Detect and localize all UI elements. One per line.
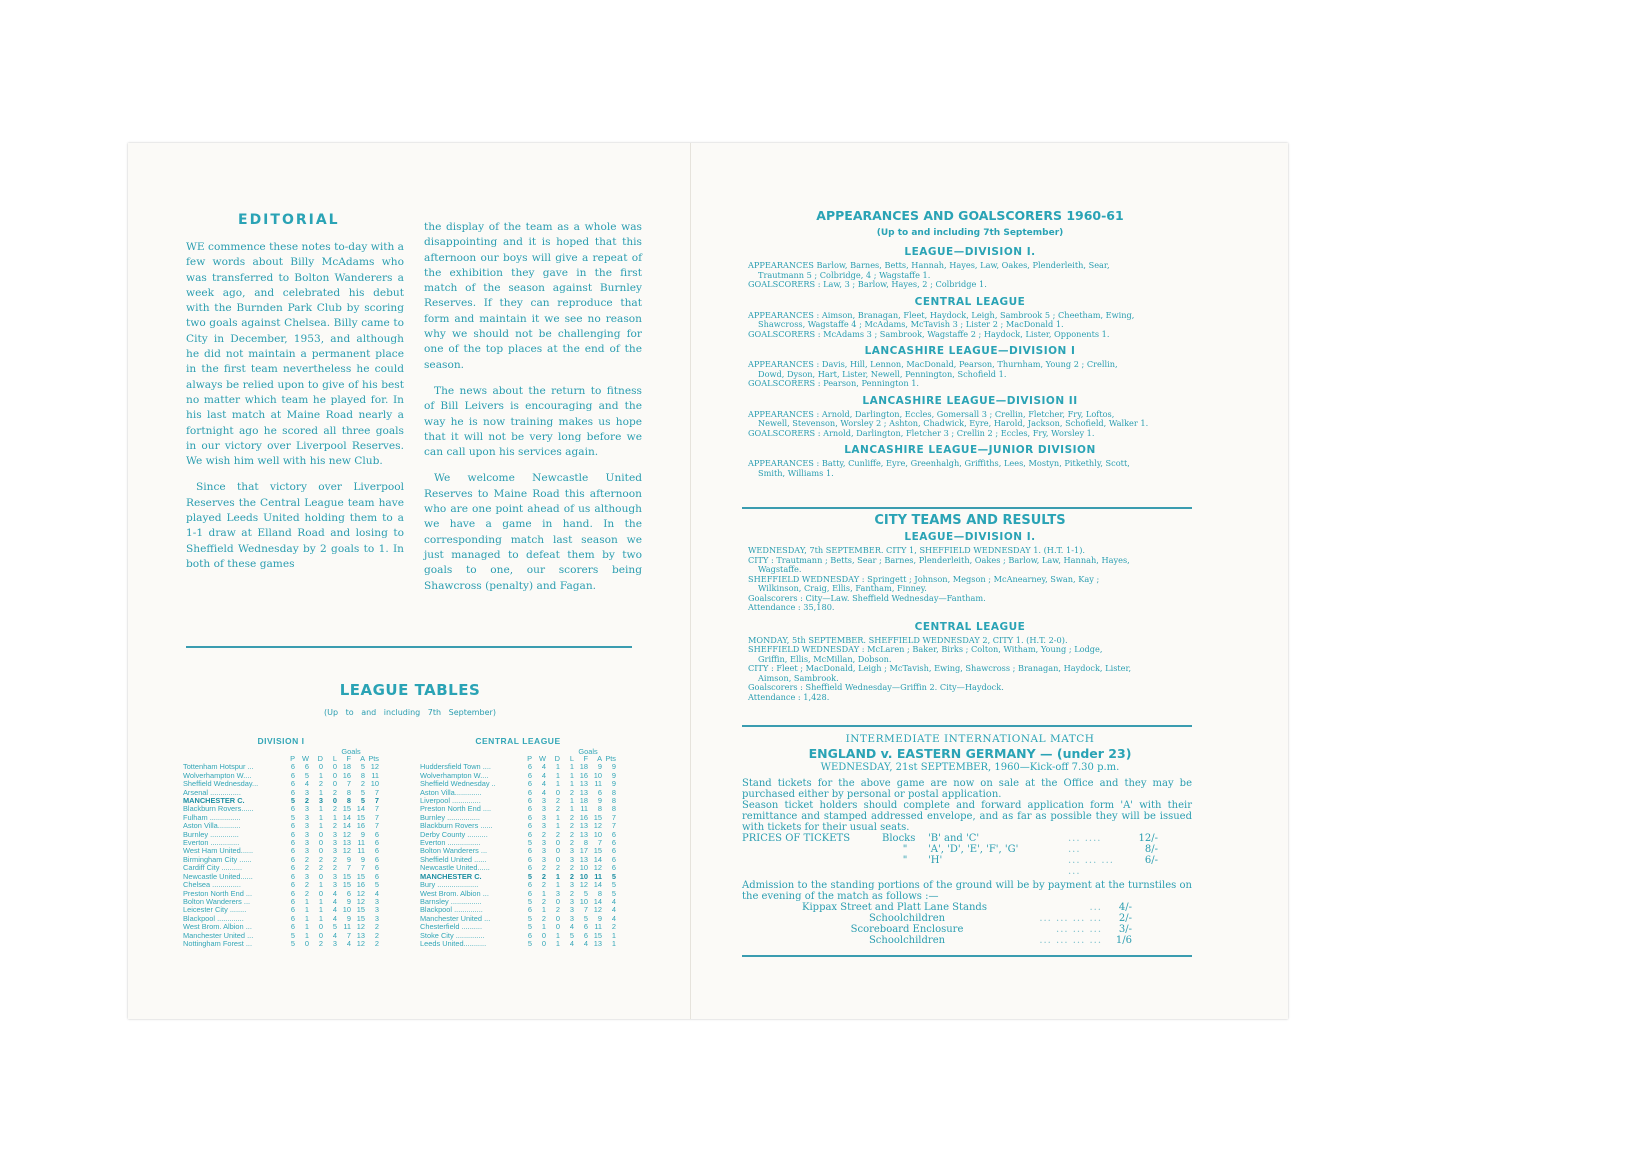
price-prefix: Blocks: [882, 833, 928, 844]
team-name: Bolton Wanderers ...: [420, 847, 518, 855]
team-name: MANCHESTER C.: [420, 873, 518, 881]
international-date: WEDNESDAY, 21st SEPTEMBER, 1960—Kick-off…: [740, 762, 1200, 773]
appearances-subtitle: (Up to and including 7th September): [740, 228, 1200, 238]
editorial-paragraph: WE commence these notes to-day with a fe…: [186, 240, 404, 469]
standings-table: GoalsPWDLFAPtsHuddersfield Town ....6411…: [420, 748, 616, 948]
stat-value: 3: [323, 940, 337, 948]
team-name: Wolverhampton W....: [183, 772, 281, 780]
text-line: Attendance : 35,180.: [748, 603, 1193, 612]
team-name: Barnsley ...............: [420, 898, 518, 906]
price-prefix: ": [882, 855, 928, 877]
section-heading: CENTRAL LEAGUE: [740, 621, 1200, 633]
spacer: [420, 755, 518, 763]
standing-price: 4/-: [1102, 902, 1132, 913]
team-name: Chesterfield ..........: [420, 923, 518, 931]
text-line: SHEFFIELD WEDNESDAY : McLaren ; Baker, B…: [748, 645, 1193, 654]
page-fold: [690, 143, 691, 1019]
price-dots: ...: [1068, 844, 1128, 855]
standing-price: 1/6: [1102, 935, 1132, 946]
ticket-paragraph: Season ticket holders should complete an…: [742, 800, 1192, 833]
section-heading: LANCASHIRE LEAGUE—DIVISION II: [740, 395, 1200, 407]
section-text: WEDNESDAY, 7th SEPTEMBER. CITY 1, SHEFFI…: [748, 546, 1193, 613]
price-dots: ... ....: [1068, 833, 1128, 844]
team-name: Blackburn Rovers......: [183, 805, 281, 813]
section-heading: LEAGUE—DIVISION I.: [740, 531, 1200, 543]
international-kicker: INTERMEDIATE INTERNATIONAL MATCH: [740, 733, 1200, 745]
price-blocks: 'A', 'D', 'E', 'F', 'G': [928, 844, 1068, 855]
text-line: Smith, Williams 1.: [748, 469, 1193, 478]
team-name: Huddersfield Town ....: [420, 763, 518, 771]
price-blocks: 'H': [928, 855, 1068, 877]
stat-value: 0: [295, 940, 309, 948]
ticket-info: Stand tickets for the above game are now…: [742, 778, 1192, 946]
stat-value: 4: [574, 940, 588, 948]
section-text: APPEARANCES : Arnold, Darlington, Eccles…: [748, 410, 1193, 439]
team-name: West Brom. Albion ...: [420, 890, 518, 898]
text-line: APPEARANCES : Batty, Cunliffe, Eyre, Gre…: [748, 459, 1193, 468]
team-name: Sheffield Wednesday ..: [420, 780, 518, 788]
team-name: Everton ................: [420, 839, 518, 847]
text-line: APPEARANCES Barlow, Barnes, Betts, Hanna…: [748, 261, 1193, 270]
team-name: Arsenal ...............: [183, 789, 281, 797]
prices-label: PRICES OF TICKETS: [742, 833, 882, 844]
section-text: APPEARANCES : Batty, Cunliffe, Eyre, Gre…: [748, 459, 1193, 478]
section-heading: CENTRAL LEAGUE: [740, 296, 1200, 308]
team-name: Sheffield United ......: [420, 856, 518, 864]
prices-list: PRICES OF TICKETSBlocks'B' and 'C'... ..…: [742, 833, 1192, 877]
stat-value: 5: [518, 940, 532, 948]
standing-dots: ... ... ... ...: [1012, 913, 1102, 924]
central-league-table: CENTRAL LEAGUE GoalsPWDLFAPtsHuddersfiel…: [420, 736, 616, 948]
team-name: Manchester United ...: [183, 932, 281, 940]
team-name: Newcastle United......: [420, 864, 518, 872]
text-line: GOALSCORERS : Pearson, Pennington 1.: [748, 379, 1193, 388]
team-name: Bury ....................: [420, 881, 518, 889]
divider-rule: [186, 646, 632, 648]
appearances-heading: APPEARANCES AND GOALSCORERS 1960-61: [740, 208, 1200, 223]
standings-table: GoalsPWDLFAPtsTottenham Hotspur ...66001…: [183, 748, 379, 948]
text-line: CITY : Fleet ; MacDonald, Leigh ; McTavi…: [748, 664, 1193, 673]
team-name: Sheffield Wednesday...: [183, 780, 281, 788]
standing-dots: ...: [1012, 902, 1102, 913]
text-line: Wagstaffe.: [748, 565, 1193, 574]
divider-rule: [742, 507, 1192, 509]
section-text: APPEARANCES : Aimson, Branagan, Fleet, H…: [748, 311, 1193, 340]
text-line: Shawcross, Wagstaffe 4 ; McAdams, McTavi…: [748, 320, 1193, 329]
team-name: Manchester United ...: [420, 915, 518, 923]
prices-label: [742, 855, 882, 877]
team-name: Preston North End ....: [420, 805, 518, 813]
text-line: Attendance : 1,428.: [748, 693, 1193, 702]
editorial-column-1: WE commence these notes to-day with a fe…: [186, 240, 404, 583]
team-name: Stoke City ..............: [420, 932, 518, 940]
stat-value: 2: [309, 940, 323, 948]
standing-row: Schoolchildren... ... ... ...2/-: [742, 913, 1192, 924]
text-line: WEDNESDAY, 7th SEPTEMBER. CITY 1, SHEFFI…: [748, 546, 1193, 555]
text-line: CITY : Trautmann ; Betts, Sear ; Barnes,…: [748, 556, 1193, 565]
standing-label: Scoreboard Enclosure: [802, 924, 1012, 935]
team-name: Aston Villa...........: [183, 822, 281, 830]
stat-value: 4: [337, 940, 351, 948]
team-name: Blackpool ..............: [420, 906, 518, 914]
team-name: Liverpool ..............: [420, 797, 518, 805]
division-1-table: DIVISION I GoalsPWDLFAPtsTottenham Hotsp…: [183, 736, 379, 948]
league-tables-subtitle: (Up to and including 7th September): [185, 708, 635, 717]
standing-price: 3/-: [1102, 924, 1132, 935]
standing-row: Schoolchildren... ... ... ...1/6: [742, 935, 1192, 946]
editorial-column-2: the display of the team as a whole was d…: [424, 220, 642, 605]
price-value: 6/-: [1128, 855, 1158, 877]
editorial-paragraph: The news about the return to fitness of …: [424, 384, 642, 460]
stat-value: 1: [602, 940, 616, 948]
team-name: Fulham ...............: [183, 814, 281, 822]
text-line: GOALSCORERS : Law, 3 ; Barlow, Hayes, 2 …: [748, 280, 1193, 289]
admission-paragraph: Admission to the standing portions of th…: [742, 880, 1192, 902]
team-name: Birmingham City ......: [183, 856, 281, 864]
team-name: Derby County ..........: [420, 831, 518, 839]
standing-label: Schoolchildren: [802, 913, 1012, 924]
stat-value: 13: [588, 940, 602, 948]
price-row: "'A', 'D', 'E', 'F', 'G'...8/-: [742, 844, 1192, 855]
results-heading: CITY TEAMS AND RESULTS: [740, 513, 1200, 528]
standing-prices-list: Kippax Street and Platt Lane Stands...4/…: [742, 902, 1192, 946]
price-row: "'H'... ... ... ...6/-: [742, 855, 1192, 877]
table-title: DIVISION I: [183, 736, 379, 746]
price-blocks: 'B' and 'C': [928, 833, 1068, 844]
price-value: 12/-: [1128, 833, 1158, 844]
divider-rule: [742, 955, 1192, 957]
section-text: APPEARANCES Barlow, Barnes, Betts, Hanna…: [748, 261, 1193, 290]
editorial-paragraph: We welcome Newcastle United Reserves to …: [424, 471, 642, 593]
spacer: [183, 755, 281, 763]
text-line: GOALSCORERS : McAdams 3 ; Sambrook, Wags…: [748, 330, 1193, 339]
editorial-heading: EDITORIAL: [238, 212, 340, 228]
team-name: Blackpool .............: [183, 915, 281, 923]
text-line: Wilkinson, Craig, Ellis, Fantham, Finney…: [748, 584, 1193, 593]
section-heading: LANCASHIRE LEAGUE—JUNIOR DIVISION: [740, 444, 1200, 456]
text-line: APPEARANCES : Davis, Hill, Lennon, MacDo…: [748, 360, 1193, 369]
stat-value: 1: [546, 940, 560, 948]
team-name: Newcastle United......: [183, 873, 281, 881]
standing-price: 2/-: [1102, 913, 1132, 924]
stat-value: 5: [281, 940, 295, 948]
section-text: APPEARANCES : Davis, Hill, Lennon, MacDo…: [748, 360, 1193, 389]
team-name: Cardiff City ..........: [183, 864, 281, 872]
team-name: West Brom. Albion ...: [183, 923, 281, 931]
prices-label: [742, 844, 882, 855]
text-line: Newell, Stevenson, Worsley 2 ; Ashton, C…: [748, 419, 1193, 428]
price-prefix: ": [882, 844, 928, 855]
section-text: MONDAY, 5th SEPTEMBER. SHEFFIELD WEDNESD…: [748, 636, 1193, 703]
standing-label: Kippax Street and Platt Lane Stands: [802, 902, 1012, 913]
division1-body: GoalsPWDLFAPtsTottenham Hotspur ...66001…: [183, 748, 379, 948]
table-row: Leeds United...........50144131: [420, 940, 616, 948]
stat-value: 4: [560, 940, 574, 948]
stat-value: 12: [351, 940, 365, 948]
standing-dots: ... ... ... ...: [1012, 935, 1102, 946]
stat-value: 0: [532, 940, 546, 948]
team-name: Burnley ................: [420, 814, 518, 822]
spacer: [420, 748, 518, 755]
international-title: ENGLAND v. EASTERN GERMANY — (under 23): [740, 746, 1200, 761]
stat-value: 2: [365, 940, 379, 948]
team-name: Tottenham Hotspur ...: [183, 763, 281, 771]
team-name: Nottingham Forest ...: [183, 940, 281, 948]
team-name: Aston Villa.............: [420, 789, 518, 797]
team-name: Leicester City ........: [183, 906, 281, 914]
central-body: GoalsPWDLFAPtsHuddersfield Town ....6411…: [420, 748, 616, 948]
price-dots: ... ... ... ...: [1068, 855, 1128, 877]
team-name: Wolverhampton W....: [420, 772, 518, 780]
league-tables-heading: LEAGUE TABLES: [185, 681, 635, 699]
text-line: Goalscorers : Sheffield Wednesday—Griffi…: [748, 683, 1193, 692]
table-title: CENTRAL LEAGUE: [420, 736, 616, 746]
team-name: Bolton Wanderers ...: [183, 898, 281, 906]
standing-dots: ... ... ...: [1012, 924, 1102, 935]
table-row: Nottingham Forest ...50234122: [183, 940, 379, 948]
team-name: MANCHESTER C.: [183, 797, 281, 805]
standing-row: Kippax Street and Platt Lane Stands...4/…: [742, 902, 1192, 913]
spacer: [183, 748, 281, 755]
editorial-paragraph: Since that victory over Liverpool Reserv…: [186, 480, 404, 572]
ticket-paragraph: Stand tickets for the above game are now…: [742, 778, 1192, 800]
team-name: Preston North End ...: [183, 890, 281, 898]
team-name: Chelsea ..............: [183, 881, 281, 889]
text-line: GOALSCORERS : Arnold, Darlington, Fletch…: [748, 429, 1193, 438]
standing-row: Scoreboard Enclosure... ... ...3/-: [742, 924, 1192, 935]
team-name: West Ham United......: [183, 847, 281, 855]
price-value: 8/-: [1128, 844, 1158, 855]
team-name: Blackburn Rovers ......: [420, 822, 518, 830]
editorial-paragraph: the display of the team as a whole was d…: [424, 220, 642, 373]
section-heading: LANCASHIRE LEAGUE—DIVISION I: [740, 345, 1200, 357]
standing-label: Schoolchildren: [802, 935, 1012, 946]
divider-rule: [742, 725, 1192, 727]
team-name: Burnley ..............: [183, 831, 281, 839]
price-row: PRICES OF TICKETSBlocks'B' and 'C'... ..…: [742, 833, 1192, 844]
team-name: Leeds United...........: [420, 940, 518, 948]
team-name: Everton ..............: [183, 839, 281, 847]
section-heading: LEAGUE—DIVISION I.: [740, 246, 1200, 258]
